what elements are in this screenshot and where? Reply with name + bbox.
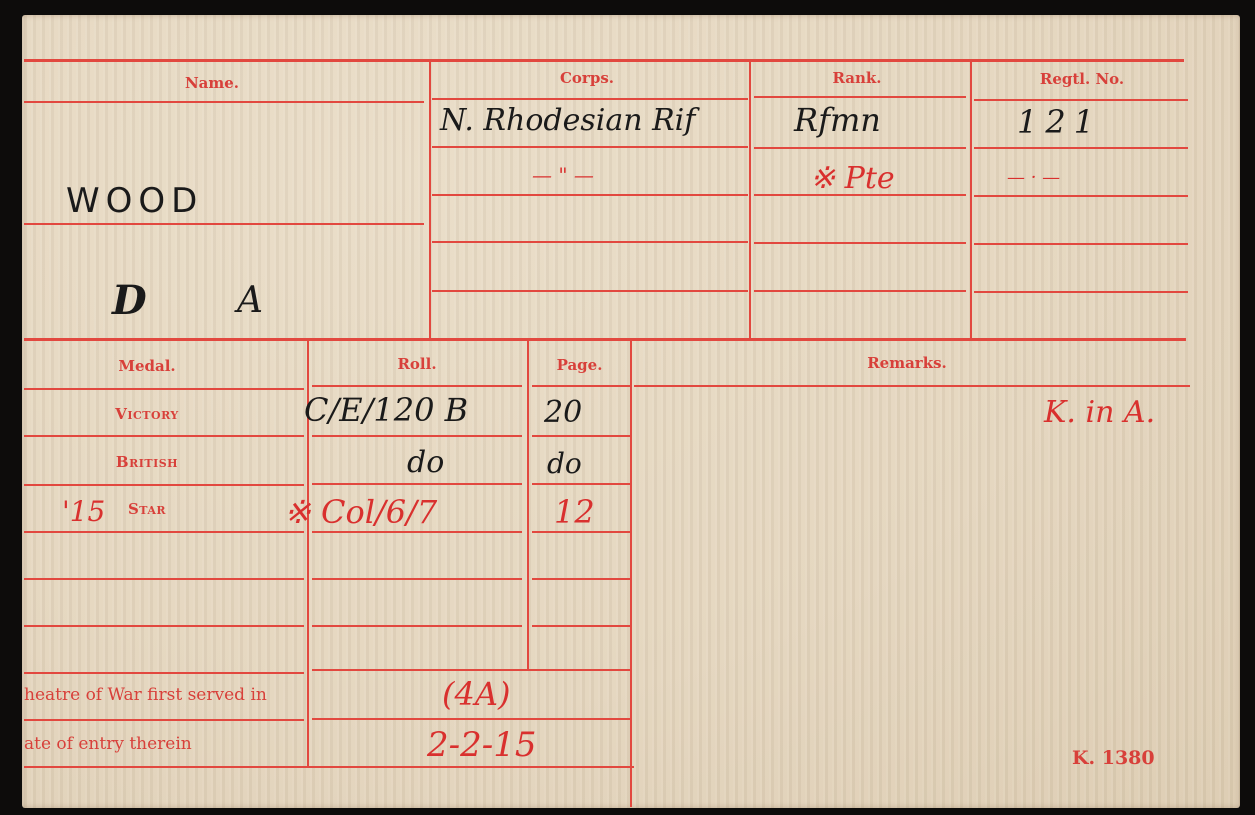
medal-rule [24,672,304,674]
rank-value: Rfmn [794,101,881,139]
corps-rule [432,194,748,196]
british-page: do [547,447,582,480]
medal-rule [24,578,304,580]
page-rule [532,435,630,437]
theatre-rule [312,718,632,720]
top-rule [24,59,1184,62]
star-prefix: '15 [62,495,105,528]
medal-rule [24,388,304,390]
regtl-rule [974,99,1188,101]
rank-rule [754,96,966,98]
regtl-no-ditto: — · — [1007,167,1060,188]
medal-british-label: British [82,453,212,471]
name-col-divider [429,61,431,338]
corps-rule [432,290,748,292]
medal-header: Medal. [82,357,212,375]
regtl-rule [974,195,1188,197]
corps-value: N. Rhodesian Rif [440,103,695,138]
medal-victory-label: Victory [82,405,212,423]
star-roll: ※ Col/6/7 [284,493,437,531]
corps-rule [432,146,748,148]
remarks-header: Remarks. [832,354,982,372]
rank-rule [754,147,966,149]
entry-date-value: 2-2-15 [427,725,537,765]
roll-rule [312,435,522,437]
medal-rule [24,625,304,627]
page-rule [532,385,630,387]
medal-rule [24,719,304,721]
corps-header: Corps. [522,69,652,87]
roll-header: Roll. [352,355,482,373]
roll-rule [312,625,522,627]
initial-first: D [112,277,147,324]
remarks-rule [634,385,1190,387]
theatre-value: (4A) [442,675,510,713]
roll-rule [312,578,522,580]
regtl-no-value: 121 [1017,103,1102,141]
entry-date-label: ate of entry therein [24,734,192,754]
corps-col-divider [749,61,751,338]
victory-page: 20 [544,395,582,430]
victory-roll: C/E/120 B [304,391,468,429]
rank-rule [754,290,966,292]
mid-rule [24,338,1186,341]
roll-col-divider [527,341,529,671]
corps-rule [432,98,748,100]
page-rule [532,625,630,627]
regtl-rule [974,147,1188,149]
corps-ditto: — " — [532,163,594,187]
medal-index-card: Name. Corps. Rank. Regtl. No. Medal. Rol… [22,15,1240,808]
page-rule [532,483,630,485]
theatre-rule [312,669,632,671]
name-header-rule [24,101,424,103]
page-col-divider [630,341,632,807]
regtl-rule [974,243,1188,245]
medal-star-label: Star [112,500,182,518]
regtl-no-header: Regtl. No. [1012,70,1152,88]
regtl-rule [974,291,1188,293]
roll-rule [312,385,522,387]
page-rule [532,578,630,580]
corps-rule [432,241,748,243]
rank-header: Rank. [792,69,922,87]
rank-alt-value: ※ Pte [810,161,895,196]
medal-rule [24,484,304,486]
roll-rule [312,531,522,533]
initial-second: A [237,280,263,321]
roll-rule [312,483,522,485]
theatre-label: heatre of War first served in [24,685,267,705]
page-rule [532,531,630,533]
surname: WOOD [66,181,203,221]
name-row-rule [24,223,424,225]
name-header: Name. [142,74,282,92]
british-roll: do [407,445,444,480]
page-header: Page. [537,356,622,374]
medal-rule [24,531,304,533]
form-number: K. 1380 [1072,747,1155,769]
rank-col-divider [970,61,972,338]
remarks-note: K. in A. [1044,395,1155,430]
medal-rule [24,435,304,437]
star-page: 12 [554,493,595,531]
bottom-rule [24,766,634,768]
rank-rule [754,242,966,244]
